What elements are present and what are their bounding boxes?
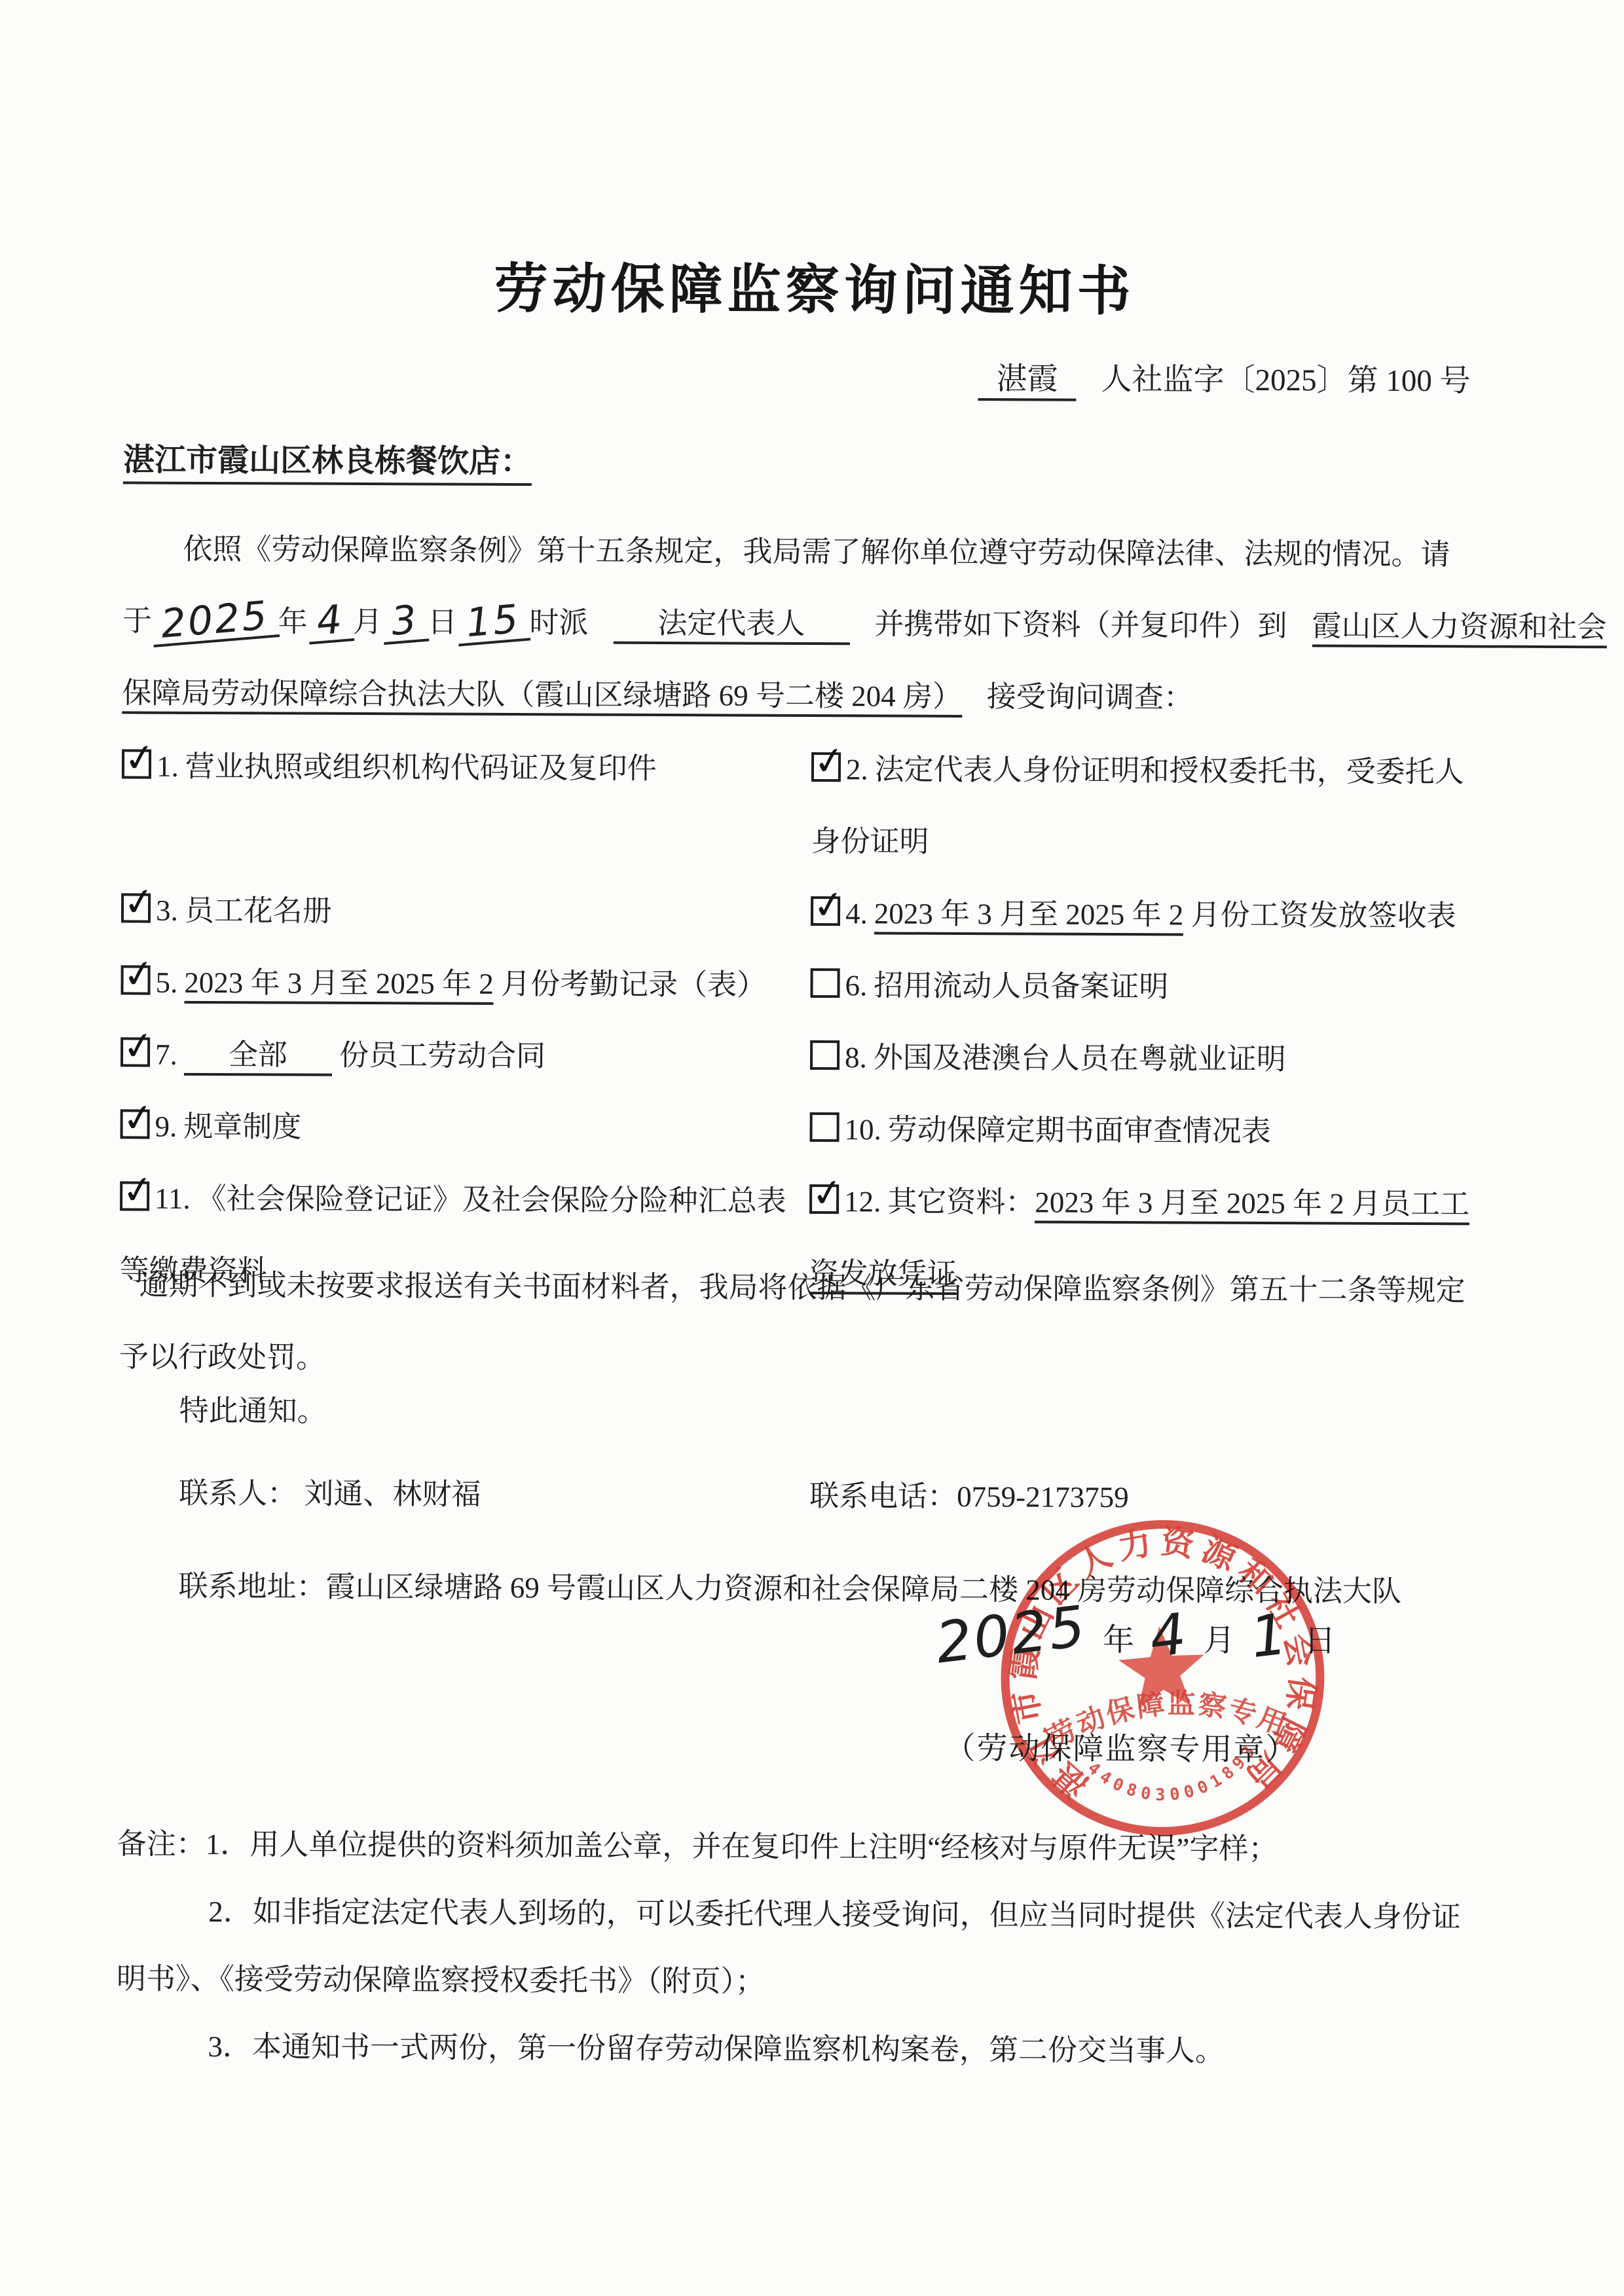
underlined-blank: 2023 年 3 月至 2025 年 2	[184, 966, 494, 1005]
checklist-item: 3.员工花名册	[121, 874, 811, 949]
checkbox-icon	[810, 968, 840, 998]
item-number: 5.	[155, 966, 177, 999]
handwritten-fill: 4	[1138, 1608, 1200, 1665]
text-segment: 月	[1204, 1624, 1235, 1658]
recipient-name: 湛江市霞山区林良栋餐饮店：	[123, 434, 532, 486]
contact-person: 联系人： 刘通、林财福	[179, 1469, 481, 1513]
materials-checklist: 1.营业执照或组织机构代码证及复印件2.法定代表人身份证明和授权委托书，受委托人…	[119, 730, 1543, 1312]
text-segment: 营业执照或组织机构代码证及复印件	[185, 750, 657, 785]
text-segment: 依照《劳动保障监察条例》第十五条规定，我局需了解你单位遵守劳动保障法律、法规的情…	[183, 533, 1450, 571]
handwritten-fill: 2025	[925, 1600, 1099, 1670]
text-line: 3．本通知书一式两份，第一份留存劳动保障监察机构案卷，第二份交当事人。	[116, 2013, 1543, 2086]
text-segment: 份员工劳动合同	[332, 1039, 545, 1072]
text-segment: 3．本通知书一式两份，第一份留存劳动保障监察机构案卷，第二份交当事人。	[208, 2030, 1225, 2068]
handwritten-fill: 1	[1239, 1608, 1301, 1665]
item-number: 7.	[155, 1038, 177, 1071]
item-number: 11.	[155, 1182, 191, 1215]
item-number: 3.	[156, 894, 178, 927]
text-line: 依照《劳动保障监察条例》第十五条规定，我局需了解你单位遵守劳动保障法律、法规的情…	[122, 513, 1530, 591]
text-line: 逾期不到或未按要求报送有关书面材料者，我局将依据《广东省劳动保障监察条例》第五十…	[119, 1248, 1527, 1326]
item-number: 6.	[845, 969, 867, 1002]
checklist-item: 4.2023 年 3 月至 2025 年 2 月份工资发放签收表	[811, 877, 1542, 953]
underlined-blank: 法定代表人	[613, 607, 849, 646]
text-segment: 身份证明	[811, 825, 929, 858]
text-segment: 接受询问调查：	[987, 680, 1193, 714]
handwritten-fill: 3	[380, 602, 429, 646]
checkbox-icon	[810, 1040, 840, 1070]
text-segment: 规章制度	[183, 1110, 301, 1144]
text-segment: 月份考勤记录（表）	[494, 968, 766, 1002]
text-segment: 年	[1103, 1623, 1134, 1658]
checklist-item: 2.法定代表人身份证明和授权委托书，受委托人身份证明	[811, 733, 1543, 881]
item-number: 12.	[844, 1185, 881, 1218]
underlined-blank: 全部	[184, 1038, 332, 1076]
checkbox-icon	[810, 1112, 840, 1142]
text-segment: 员工花名册	[185, 894, 332, 928]
item-number: 9.	[155, 1110, 177, 1143]
seal-caption: （劳动保障监察专用章）	[944, 1724, 1297, 1769]
handwritten-fill: 15	[456, 600, 531, 646]
checkbox-checked-icon	[122, 749, 151, 778]
handwritten-fill: 2025	[151, 597, 280, 647]
text-segment: 劳动保障定期书面审查情况表	[888, 1114, 1271, 1148]
text-line: 予以行政处罚。	[119, 1321, 1527, 1398]
item-number: 8.	[845, 1041, 867, 1074]
text-line: 2．如非指定法定代表人到场的，可以委托代理人接受询问，但应当同时提供《法定代表人…	[117, 1878, 1544, 1952]
contact-phone: 联系电话：0759-2173759	[809, 1472, 1129, 1516]
text-segment: 2．如非指定法定代表人到场的，可以委托代理人接受询问，但应当同时提供《法定代表人…	[208, 1895, 1461, 1933]
checkbox-checked-icon	[120, 965, 150, 994]
penalty-paragraph: 逾期不到或未按要求报送有关书面材料者，我局将依据《广东省劳动保障监察条例》第五十…	[119, 1248, 1528, 1398]
text-segment: 日	[428, 606, 457, 638]
text-line: 保障局劳动保障综合执法大队（霞山区绿塘路 69 号二楼 204 房）接受询问调查…	[122, 657, 1530, 735]
checklist-item: 1.营业执照或组织机构代码证及复印件	[121, 730, 811, 877]
item-number: 2.	[846, 753, 868, 786]
checkbox-checked-icon	[120, 1181, 149, 1211]
checkbox-checked-icon	[120, 1037, 150, 1066]
text-segment: 其它资料：	[887, 1186, 1035, 1219]
text-segment: 于	[122, 604, 152, 637]
text-segment: 月	[353, 606, 382, 638]
official-red-stamp: 湛江市霞山区人力资源和社会保障局 劳动保障监察专用章 4408030001893	[987, 1502, 1338, 1853]
text-segment: 外国及港澳台人员在粤就业证明	[874, 1041, 1286, 1076]
text-segment: 逾期不到或未按要求报送有关书面材料者，我局将依据《广东省劳动保障监察条例》第五十…	[139, 1269, 1465, 1307]
checklist-item: 10.劳动保障定期书面审查情况表	[809, 1093, 1541, 1169]
text-segment: 人社监字〔2025〕第 100 号	[1101, 363, 1470, 398]
item-number: 4.	[845, 897, 868, 930]
item-number: 1.	[157, 750, 179, 783]
checklist-item: 5.2023 年 3 月至 2025 年 2 月份考勤记录（表）	[120, 946, 810, 1021]
text-line: 身份证明	[811, 805, 1542, 881]
notice-statement: 特此通知。	[179, 1387, 327, 1430]
checkbox-checked-icon	[809, 1184, 839, 1214]
document-title: 劳动保障监察询问通知书	[3, 244, 1624, 328]
underlined-blank: 2023 年 3 月至 2025 年 2 月员工工	[1035, 1186, 1469, 1225]
text-segment: 明书》、《接受劳动保障监察授权委托书》（附页）；	[117, 1962, 765, 1997]
text-segment: 年	[278, 605, 308, 638]
handwritten-fill: 4	[306, 601, 354, 645]
checkbox-checked-icon	[120, 1109, 150, 1139]
remarks-section: 备注：1．用人单位提供的资料须加盖公章，并在复印件上注明“经核对与原件无误”字样…	[116, 1810, 1545, 2086]
text-segment: 《社会保险登记证》及社会保险分险种汇总表	[197, 1182, 786, 1218]
text-segment: 予以行政处罚。	[119, 1340, 325, 1374]
underlined-blank: 2023 年 3 月至 2025 年 2	[874, 897, 1184, 936]
scanned-notice-page: 劳动保障监察询问通知书 湛霞人社监字〔2025〕第 100 号 湛江市霞山区林良…	[0, 0, 1624, 2296]
checkbox-checked-icon	[811, 752, 841, 782]
text-segment: 月份工资发放签收表	[1183, 898, 1456, 932]
text-line: 明书》、《接受劳动保障监察授权委托书》（附页）；	[117, 1945, 1544, 2019]
underlined-blank: 霞山区人力资源和社会	[1312, 610, 1606, 648]
contact-address: 联系地址：霞山区绿塘路 69 号霞山区人力资源和社会保障局二楼 204 房劳动保…	[178, 1550, 1553, 1628]
checklist-item: 8.外国及港澳台人员在粤就业证明	[810, 1021, 1541, 1097]
document-number: 湛霞人社监字〔2025〕第 100 号	[978, 354, 1470, 400]
underlined-blank: 保障局劳动保障综合执法大队（霞山区绿塘路 69 号二楼 204 房）	[122, 676, 962, 718]
checklist-item: 9.规章制度	[120, 1090, 809, 1165]
checklist-item: 7.全部 份员工劳动合同	[120, 1018, 810, 1093]
text-segment: 招用流动人员备案证明	[874, 969, 1168, 1003]
text-segment: 日	[1304, 1624, 1335, 1658]
text-line: 于2025年4月3日15时派法定代表人并携带如下资料（并复印件）到霞山区人力资源…	[122, 585, 1530, 663]
handwritten-date: 2025年4月1日	[927, 1606, 1342, 1661]
text-segment: 时派	[529, 606, 588, 639]
document-content: 劳动保障监察询问通知书 湛霞人社监字〔2025〕第 100 号 湛江市霞山区林良…	[0, 0, 1624, 2296]
intro-paragraph: 依照《劳动保障监察条例》第十五条规定，我局需了解你单位遵守劳动保障法律、法规的情…	[122, 513, 1530, 735]
checklist-item: 6.招用流动人员备案证明	[810, 949, 1541, 1025]
checkbox-checked-icon	[811, 896, 840, 926]
item-number: 10.	[844, 1113, 881, 1146]
checkbox-checked-icon	[121, 893, 151, 922]
underlined-blank: 湛霞	[978, 362, 1076, 401]
text-segment: 并携带如下资料（并复印件）到	[874, 608, 1287, 642]
text-segment: 法定代表人身份证明和授权委托书，受委托人	[875, 753, 1464, 788]
